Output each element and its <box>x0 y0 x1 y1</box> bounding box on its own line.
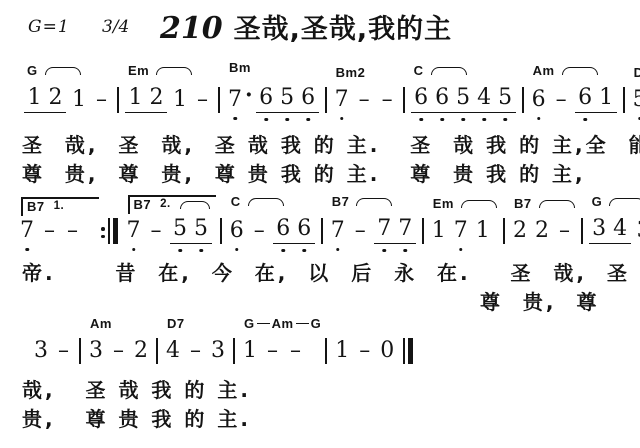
notes-row: 7–– <box>16 219 99 244</box>
chord-row: Am <box>528 63 619 83</box>
chord-label-group: GAmG <box>244 316 321 331</box>
notes-row: 7·656 <box>224 83 321 113</box>
tie-arc <box>461 200 497 208</box>
measure: Em171 <box>428 196 499 244</box>
augmentation-dot: · <box>244 83 254 108</box>
volta-number: 1. <box>54 200 65 212</box>
note: 5 <box>455 86 471 111</box>
notes-row: 121– <box>22 86 113 113</box>
chord-row: Am <box>85 316 152 336</box>
chord-row: B71. <box>16 196 99 216</box>
chord-label: B7 <box>27 199 45 214</box>
measure: Am6–61 <box>528 63 619 113</box>
note: 4 <box>165 339 181 364</box>
chord-label: C <box>414 63 424 78</box>
note: 5 <box>193 217 209 242</box>
notes-row: 5–6 <box>629 88 640 113</box>
measure: B72.7–55 <box>123 194 216 244</box>
measure: D74–3 <box>162 316 229 364</box>
chord-row: B72. <box>123 194 216 214</box>
measure: Am3–2 <box>85 316 152 364</box>
lyrics-line: 圣 哉, 圣 哉, 圣 哉 我 的 主. 圣 哉 我 的 主,全 能 上 <box>22 129 640 158</box>
barline <box>581 218 583 244</box>
dash-note: – <box>553 88 570 113</box>
chord-row: G <box>587 194 640 214</box>
note: 4 <box>476 86 492 111</box>
chord-label: G <box>592 194 603 209</box>
barline <box>325 87 327 113</box>
note: 6 <box>577 86 593 111</box>
chord-label: D7 <box>167 316 185 331</box>
barline <box>218 87 220 113</box>
notes-row: 1–0 <box>331 339 398 364</box>
note: 0 <box>379 339 395 364</box>
repeat-barline <box>101 218 118 244</box>
chord-label: Am <box>272 316 294 331</box>
note: 7 <box>397 217 413 242</box>
chord-row: C <box>409 63 518 83</box>
notes-row: 3–2 <box>85 339 152 364</box>
measure: GAmG1–– <box>239 316 321 364</box>
chord-row: Bm <box>224 60 321 80</box>
chord-label: G <box>27 63 38 78</box>
dash-note: – <box>251 219 268 244</box>
eighth-beam: 66 <box>273 217 315 244</box>
barline <box>503 218 505 244</box>
chord-row: Bm2 <box>331 65 399 85</box>
dash-note: – <box>55 339 72 364</box>
measure: C6–66 <box>226 194 317 244</box>
chord-label: Bm <box>229 60 251 75</box>
key-signature: G=1 <box>28 17 70 37</box>
note: 6 <box>229 219 245 244</box>
note: 7 <box>376 217 392 242</box>
notes-row: 4–3 <box>162 339 229 364</box>
note: 1 <box>334 339 350 364</box>
chord-row: B7 <box>509 196 577 216</box>
volta-bracket: B71. <box>21 197 99 216</box>
note: 2 <box>149 86 165 111</box>
chord-row: B7 <box>327 194 418 214</box>
chord-label: Em <box>128 63 149 78</box>
barline <box>325 338 327 364</box>
note: 5 <box>497 86 513 111</box>
dash-note: – <box>264 339 281 364</box>
note: 1 <box>172 88 188 113</box>
note: 7 <box>330 219 346 244</box>
measure: B71.7–– <box>16 196 99 244</box>
measure: 3– <box>30 316 75 364</box>
note: 3 <box>33 339 49 364</box>
chord-row <box>30 316 75 336</box>
chord-row: G <box>22 63 113 83</box>
barline <box>117 87 119 113</box>
barline <box>422 218 424 244</box>
note: 2 <box>534 219 550 244</box>
barline <box>321 218 323 244</box>
lyrics-line: 贵, 尊 贵 我 的 主. <box>22 403 251 432</box>
note: 7 <box>126 219 142 244</box>
repeat-dots <box>101 227 105 238</box>
note: 1 <box>128 86 144 111</box>
song-title: 圣哉,圣哉,我的主 <box>234 7 453 46</box>
chord-label: B7 <box>332 194 350 209</box>
dash-note: – <box>93 88 110 113</box>
note: 3 <box>88 339 104 364</box>
song-number: 210 <box>160 11 223 46</box>
note: 7 <box>453 219 469 244</box>
dash-note: – <box>110 339 127 364</box>
dash-note: – <box>379 88 396 113</box>
note: 7 <box>334 88 350 113</box>
notes-row: 66545 <box>409 86 518 113</box>
notes-row: 171 <box>428 219 499 244</box>
note: 1 <box>475 219 491 244</box>
measure: Bm27–– <box>331 65 399 113</box>
chord-label: Am <box>533 63 555 78</box>
volta-number: 2. <box>160 198 171 210</box>
eighth-beam: 66545 <box>411 86 516 113</box>
note: 5 <box>279 86 295 111</box>
repeat-dot <box>101 235 105 239</box>
barline <box>623 87 625 113</box>
chord-row <box>331 316 398 336</box>
lyrics-line: 尊 贵, 尊 贵, 尊 贵 我 的 主. 尊 贵 我 的 主, <box>22 158 586 187</box>
note: 6 <box>531 88 547 113</box>
barline <box>156 338 158 364</box>
lyrics-line: 帝. 昔 在, 今 在, 以 后 永 在. 圣 哉, 圣 <box>22 257 630 286</box>
music-system: B71.7––B72.7–55C6–66B77–77Em171B722–G343… <box>16 194 640 244</box>
barline <box>79 338 81 364</box>
measure: Bm7·656 <box>224 60 321 113</box>
notes-row: 7–– <box>331 88 399 113</box>
chord-label: D <box>634 65 640 80</box>
measure: 1–0 <box>331 316 398 364</box>
chord-row: GAmG <box>239 316 321 336</box>
note: 2 <box>512 219 528 244</box>
final-barline <box>403 338 413 364</box>
note: 5 <box>632 88 640 113</box>
note: 1 <box>242 339 258 364</box>
measure: G121– <box>22 63 113 113</box>
notes-row: 1–– <box>239 339 321 364</box>
lyrics-line: 尊 贵, 尊 <box>480 286 599 315</box>
notes-row: 7–77 <box>327 217 418 244</box>
eighth-beam: 55 <box>170 217 212 244</box>
dash-note: – <box>148 219 165 244</box>
barline-thin <box>108 218 110 244</box>
note: 1 <box>431 219 447 244</box>
eighth-beam: 12 <box>125 86 167 113</box>
chord-label: B7 <box>514 196 532 211</box>
barline-thick <box>113 218 118 244</box>
eighth-beam: 12 <box>24 86 66 113</box>
time-signature: 3/4 <box>102 17 129 37</box>
note: 2 <box>133 339 149 364</box>
barline-thin <box>403 338 405 364</box>
dash-note: – <box>64 219 81 244</box>
sheet-music-page: { "header": { "key": "G=1", "time": "3/4… <box>0 0 640 448</box>
chord-row: C <box>226 194 317 214</box>
note: 3 <box>591 217 607 242</box>
tie-arc <box>248 198 284 206</box>
chord-label: Am <box>90 316 112 331</box>
note: 6 <box>296 217 312 242</box>
notes-row: 7–55 <box>123 217 216 244</box>
note: 6 <box>434 86 450 111</box>
note: 1 <box>27 86 43 111</box>
notes-row: 3– <box>30 339 75 364</box>
eighth-beam: 34 <box>589 217 631 244</box>
notes-row: 343– <box>587 217 640 244</box>
note: 4 <box>612 217 628 242</box>
chord-label: B7 <box>134 197 152 212</box>
tie-arc <box>431 67 467 75</box>
note: 6 <box>275 217 291 242</box>
chord-row: Em <box>428 196 499 216</box>
barline <box>220 218 222 244</box>
note: 5 <box>172 217 188 242</box>
chord-label: C <box>231 194 241 209</box>
chord-label: Bm2 <box>336 65 366 80</box>
chord-row: D7 <box>162 316 229 336</box>
dash-note: – <box>287 339 304 364</box>
chord-tie-line <box>296 323 309 324</box>
dash-note: – <box>41 219 58 244</box>
lyrics-line: 哉, 圣 哉 我 的 主. <box>22 374 251 403</box>
measure: B77–77 <box>327 194 418 244</box>
tie-arc <box>562 67 598 75</box>
notes-row: 6–61 <box>528 86 619 113</box>
dash-note: – <box>194 88 211 113</box>
chord-tie-line <box>257 323 270 324</box>
measure: D5–6 <box>629 65 640 113</box>
repeat-dot <box>101 227 105 231</box>
dash-note: – <box>556 219 573 244</box>
barline <box>522 87 524 113</box>
measure: C66545 <box>409 63 518 113</box>
tie-arc <box>539 200 575 208</box>
measure: B722– <box>509 196 577 244</box>
chord-label: G <box>311 316 322 331</box>
note: 7 <box>227 88 243 113</box>
tie-arc <box>156 67 192 75</box>
music-system: 3–Am3–2D74–3GAmG1––1–0 <box>30 316 413 364</box>
notes-row: 22– <box>509 219 577 244</box>
measure: G343– <box>587 194 640 244</box>
notes-row: 121– <box>123 86 214 113</box>
note: 3 <box>636 219 640 244</box>
chord-row: Em <box>123 63 214 83</box>
note: 6 <box>300 86 316 111</box>
notes-row: 6–66 <box>226 217 317 244</box>
barline-thick <box>408 338 413 364</box>
dash-note: – <box>187 339 204 364</box>
tie-arc <box>45 67 81 75</box>
eighth-beam: 656 <box>256 86 319 113</box>
tie-arc <box>609 198 640 206</box>
note: 1 <box>71 88 87 113</box>
volta-bracket: B72. <box>128 195 216 214</box>
music-system: G121–Em121–Bm7·656Bm27––C66545Am6–61D5–6 <box>22 60 640 113</box>
eighth-beam: 61 <box>575 86 617 113</box>
note: 3 <box>210 339 226 364</box>
chord-label: G <box>244 316 255 331</box>
dash-note: – <box>356 88 373 113</box>
note: 2 <box>48 86 64 111</box>
note: 6 <box>258 86 274 111</box>
note: 7 <box>19 219 35 244</box>
tie-arc <box>356 198 392 206</box>
chord-label: Em <box>433 196 454 211</box>
eighth-beam: 77 <box>374 217 416 244</box>
barline <box>233 338 235 364</box>
measure: Em121– <box>123 63 214 113</box>
dash-note: – <box>356 339 373 364</box>
note: 6 <box>413 86 429 111</box>
title-block: 210 圣哉,圣哉,我的主 <box>160 7 452 46</box>
dash-note: – <box>352 219 369 244</box>
note: 1 <box>598 86 614 111</box>
tie-arc <box>180 201 210 209</box>
barline <box>403 87 405 113</box>
chord-row: D <box>629 65 640 85</box>
